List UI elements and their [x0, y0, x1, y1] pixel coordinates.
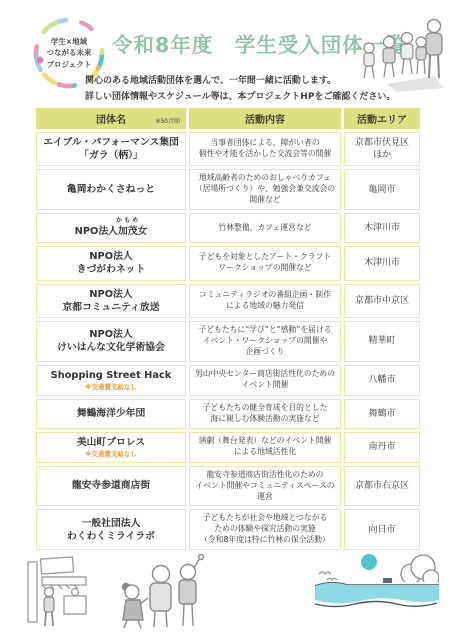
logo-line1: 学生×地域 [28, 36, 110, 47]
activity-cell: 子どもを対象としたアート・クラフトワークショップの開催など [189, 246, 341, 280]
area-cell: 舞鶴市 [344, 399, 420, 429]
header-area: 活動エリア [344, 108, 420, 129]
org-name-cell: エイブル・パフォーマンス集団「ガラ（柄）」 [36, 132, 186, 166]
area-cell: 南丹市 [344, 432, 420, 463]
logo-line3: プロジェクト [28, 59, 110, 70]
table-row: 一般社団法人わくわくミライラボ子どもたちが社会や地域とつながるための体験や探究活… [36, 509, 420, 550]
table-row: Shopping Street Hack※交通費支給なし男山中央センター商店街活… [36, 365, 420, 396]
area-cell: 京都市右京区 [344, 466, 420, 507]
table-row: かもめNPO法人加茂女竹林整備、カフェ運営など木津川市 [36, 213, 420, 243]
table-row: NPO法人きづがわネット子どもを対象としたアート・クラフトワークショップの開催な… [36, 246, 420, 280]
org-name-cell: 龍安寺参道商店街 [36, 466, 186, 507]
area-cell: 亀岡市 [344, 169, 420, 210]
project-logo-text: 学生×地域 つながる未来 プロジェクト [28, 36, 110, 70]
area-cell: 京都市伏見区ほか [344, 132, 420, 166]
org-name-cell: かもめNPO法人加茂女 [36, 213, 186, 243]
table-row: NPO法人けいはんな文化学術協会子どもたちに“学び”と“感動”を届けるイベント・… [36, 321, 420, 362]
birds-icon [319, 572, 337, 580]
area-cell: 京都市中京区 [344, 284, 420, 318]
page-title: 令和8年度 学生受入団体一覧 [112, 28, 364, 58]
header-activity: 活動内容 [189, 108, 341, 129]
org-table-body: エイブル・パフォーマンス集団「ガラ（柄）」当事者団体による、障がい者の個性や才能… [36, 132, 420, 550]
activity-cell: 地域高齢者のためのおしゃべりカフェ（居場所づくり）や、勉強会兼交流会の開催など [189, 169, 341, 210]
org-name-cell: NPO法人けいはんな文化学術協会 [36, 321, 186, 362]
org-name-cell: NPO法人きづがわネット [36, 246, 186, 280]
no-transport-allowance-note: ※交通費支給なし [85, 383, 137, 392]
boat-icon [383, 578, 392, 583]
area-cell: 向日市 [344, 509, 420, 550]
activity-cell: 子どもたちに“学び”と“感動”を届けるイベント・ワークショップの開催や企画づくり [189, 321, 341, 362]
flyer-page: 学生×地域 つながる未来 プロジェクト 令和8年度 学生受入団体一覧 関心のある… [0, 0, 453, 640]
children-illustration [112, 554, 208, 630]
shopping-street-illustration [22, 556, 98, 630]
org-name-cell: NPO法人京都コミュニティ放送 [36, 284, 186, 318]
activity-cell: 男山中央センター商店街活性化のためのイベント開催 [189, 365, 341, 396]
table-row: 龍安寺参道商店街龍安寺参道商店街活性化のためのイベント開催やコミュニティスペース… [36, 466, 420, 507]
activity-cell: 子どもたちが社会や地域とつながるための体験や探究活動の実施（令和8年度は特に竹林… [189, 509, 341, 550]
activity-cell: コミュニティラジオの番組企画・制作による地域の魅力発信 [189, 284, 341, 318]
no-transport-allowance-note: ※交通費支給なし [85, 450, 137, 459]
intro-text: 関心のある地域活動団体を選んで、一年間一緒に活動します。 詳しい団体情報やスケジ… [85, 74, 395, 106]
area-cell: 八幡市 [344, 365, 420, 396]
footer-illustrations [0, 552, 453, 640]
sun-icon [361, 554, 377, 570]
org-name-cell: 一般社団法人わくわくミライラボ [36, 509, 186, 550]
org-name-cell: Shopping Street Hack※交通費支給なし [36, 365, 186, 396]
activity-cell: 当事者団体による、障がい者の個性や才能を活かした交流会等の開催 [189, 132, 341, 166]
org-name-cell: 舞鶴海洋少年団 [36, 399, 186, 429]
table-header-row: 団体名 ※50音順 活動内容 活動エリア [36, 108, 420, 129]
table-row: 舞鶴海洋少年団子どもたちの健全育成を目的とした海に親しむ体験活動の実施など舞鶴市 [36, 399, 420, 429]
table-row: 美山町プロレス※交通費支給なし演劇（舞台発表）などのイベント開催による地域活性化… [36, 432, 420, 463]
activity-cell: 演劇（舞台発表）などのイベント開催による地域活性化 [189, 432, 341, 463]
table-row: エイブル・パフォーマンス集団「ガラ（柄）」当事者団体による、障がい者の個性や才能… [36, 132, 420, 166]
area-cell: 精華町 [344, 321, 420, 362]
cloud-icon [401, 555, 439, 586]
table-row: NPO法人京都コミュニティ放送コミュニティラジオの番組企画・制作による地域の魅力… [36, 284, 420, 318]
logo-line2: つながる未来 [28, 47, 110, 58]
activity-cell: 子どもたちの健全育成を目的とした海に親しむ体験活動の実施など [189, 399, 341, 429]
header-org-name: 団体名 ※50音順 [36, 108, 186, 129]
table-row: 亀岡わかくさねっと地域高齢者のためのおしゃべりカフェ（居場所づくり）や、勉強会兼… [36, 169, 420, 210]
sort-order-note: ※50音順 [155, 116, 180, 125]
org-table: 団体名 ※50音順 活動内容 活動エリア エイブル・パフォーマンス集団「ガラ（柄… [36, 108, 420, 553]
area-cell: 木津川市 [344, 213, 420, 243]
org-name-cell: 亀岡わかくさねっと [36, 169, 186, 210]
area-cell: 木津川市 [344, 246, 420, 280]
intro-line2: 詳しい団体情報やスケジュール等は、本プロジェクトHPをご確認ください。 [85, 90, 395, 106]
sea-illustration [311, 552, 439, 618]
activity-cell: 龍安寺参道商店街活性化のためのイベント開催やコミュニティスペースの運営 [189, 466, 341, 507]
intro-line1: 関心のある地域活動団体を選んで、一年間一緒に活動します。 [85, 74, 395, 90]
org-name-cell: 美山町プロレス※交通費支給なし [36, 432, 186, 463]
activity-cell: 竹林整備、カフェ運営など [189, 213, 341, 243]
